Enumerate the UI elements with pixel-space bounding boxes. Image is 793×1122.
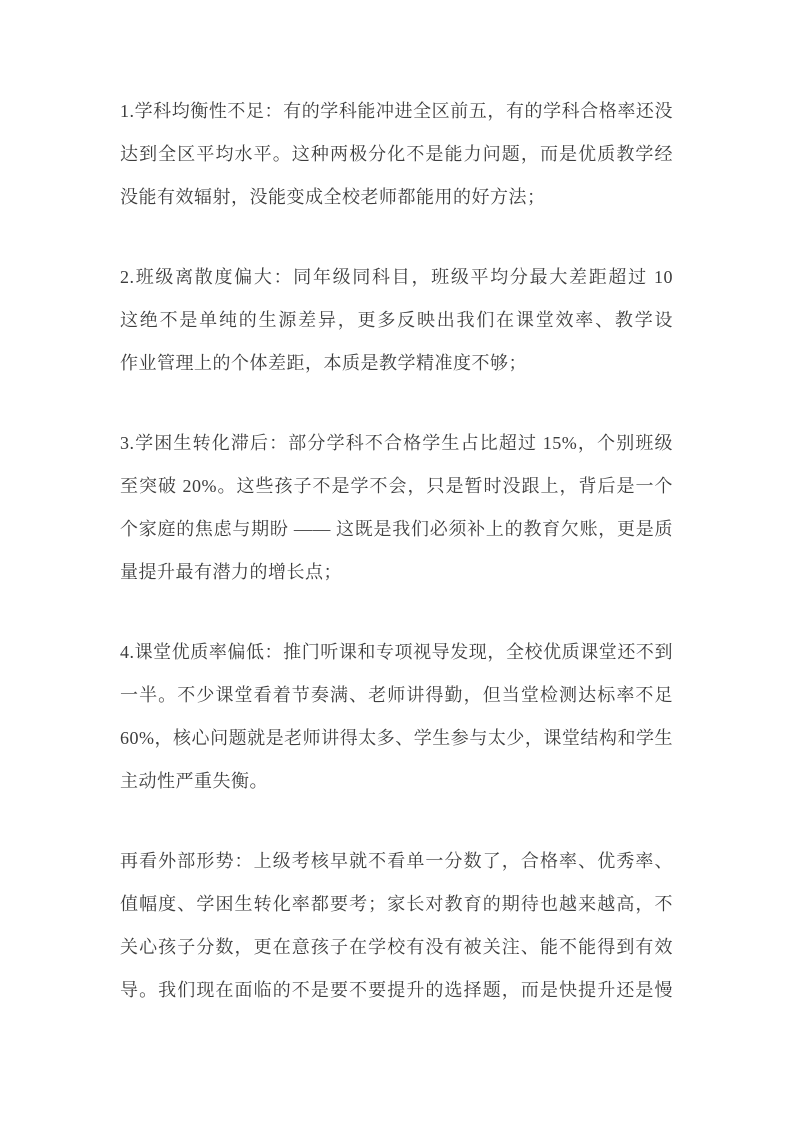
text-line: 60%，核心问题就是老师讲得太多、学生参与太少，课堂结构和学生 (120, 717, 673, 760)
text-line: 主动性严重失衡。 (120, 760, 673, 803)
text-line: 2.班级离散度偏大：同年级同科目，班级平均分最大差距超过 10 分。 (120, 256, 673, 299)
paragraph-3: 3.学困生转化滞后：部分学科不合格学生占比超过 15%，个别班级甚至突破 20%… (120, 422, 673, 594)
text-line: 关心孩子分数，更在意孩子在学校有没有被关注、能不能得到有效指 (120, 926, 673, 969)
text-line: 3.学困生转化滞后：部分学科不合格学生占比超过 15%，个别班级甚 (120, 422, 673, 465)
text-line: 1.学科均衡性不足：有的学科能冲进全区前五，有的学科合格率还没 (120, 90, 673, 133)
text-line: 作业管理上的个体差距，本质是教学精准度不够； (120, 342, 673, 385)
paragraph-5: 再看外部形势：上级考核早就不看单一分数了，合格率、优秀率、增值幅度、学困生转化率… (120, 840, 673, 1012)
paragraph-2: 2.班级离散度偏大：同年级同科目，班级平均分最大差距超过 10 分。这绝不是单纯… (120, 256, 673, 385)
text-line: 值幅度、学困生转化率都要考；家长对教育的期待也越来越高，不光 (120, 883, 673, 926)
text-line: 个家庭的焦虑与期盼 —— 这既是我们必须补上的教育欠账，更是质 (120, 508, 673, 551)
paragraph-4: 4.课堂优质率偏低：推门听课和专项视导发现，全校优质课堂还不到一半。不少课堂看着… (120, 631, 673, 803)
text-line: 量提升最有潜力的增长点； (120, 551, 673, 594)
text-line: 导。我们现在面临的不是要不要提升的选择题，而是快提升还是慢提 (120, 969, 673, 1012)
text-line: 再看外部形势：上级考核早就不看单一分数了，合格率、优秀率、增 (120, 840, 673, 883)
document-page: 1.学科均衡性不足：有的学科能冲进全区前五，有的学科合格率还没达到全区平均水平。… (0, 0, 793, 1122)
text-line: 至突破 20%。这些孩子不是学不会，只是暂时没跟上，背后是一个 (120, 465, 673, 508)
text-line: 没能有效辐射，没能变成全校老师都能用的好方法； (120, 176, 673, 219)
text-line: 4.课堂优质率偏低：推门听课和专项视导发现，全校优质课堂还不到 (120, 631, 673, 674)
document-body: 1.学科均衡性不足：有的学科能冲进全区前五，有的学科合格率还没达到全区平均水平。… (120, 90, 673, 1049)
text-line: 一半。不少课堂看着节奏满、老师讲得勤，但当堂检测达标率不足 (120, 674, 673, 717)
text-line: 达到全区平均水平。这种两极分化不是能力问题，而是优质教学经验 (120, 133, 673, 176)
text-line: 这绝不是单纯的生源差异，更多反映出我们在课堂效率、教学设计、 (120, 299, 673, 342)
paragraph-1: 1.学科均衡性不足：有的学科能冲进全区前五，有的学科合格率还没达到全区平均水平。… (120, 90, 673, 219)
